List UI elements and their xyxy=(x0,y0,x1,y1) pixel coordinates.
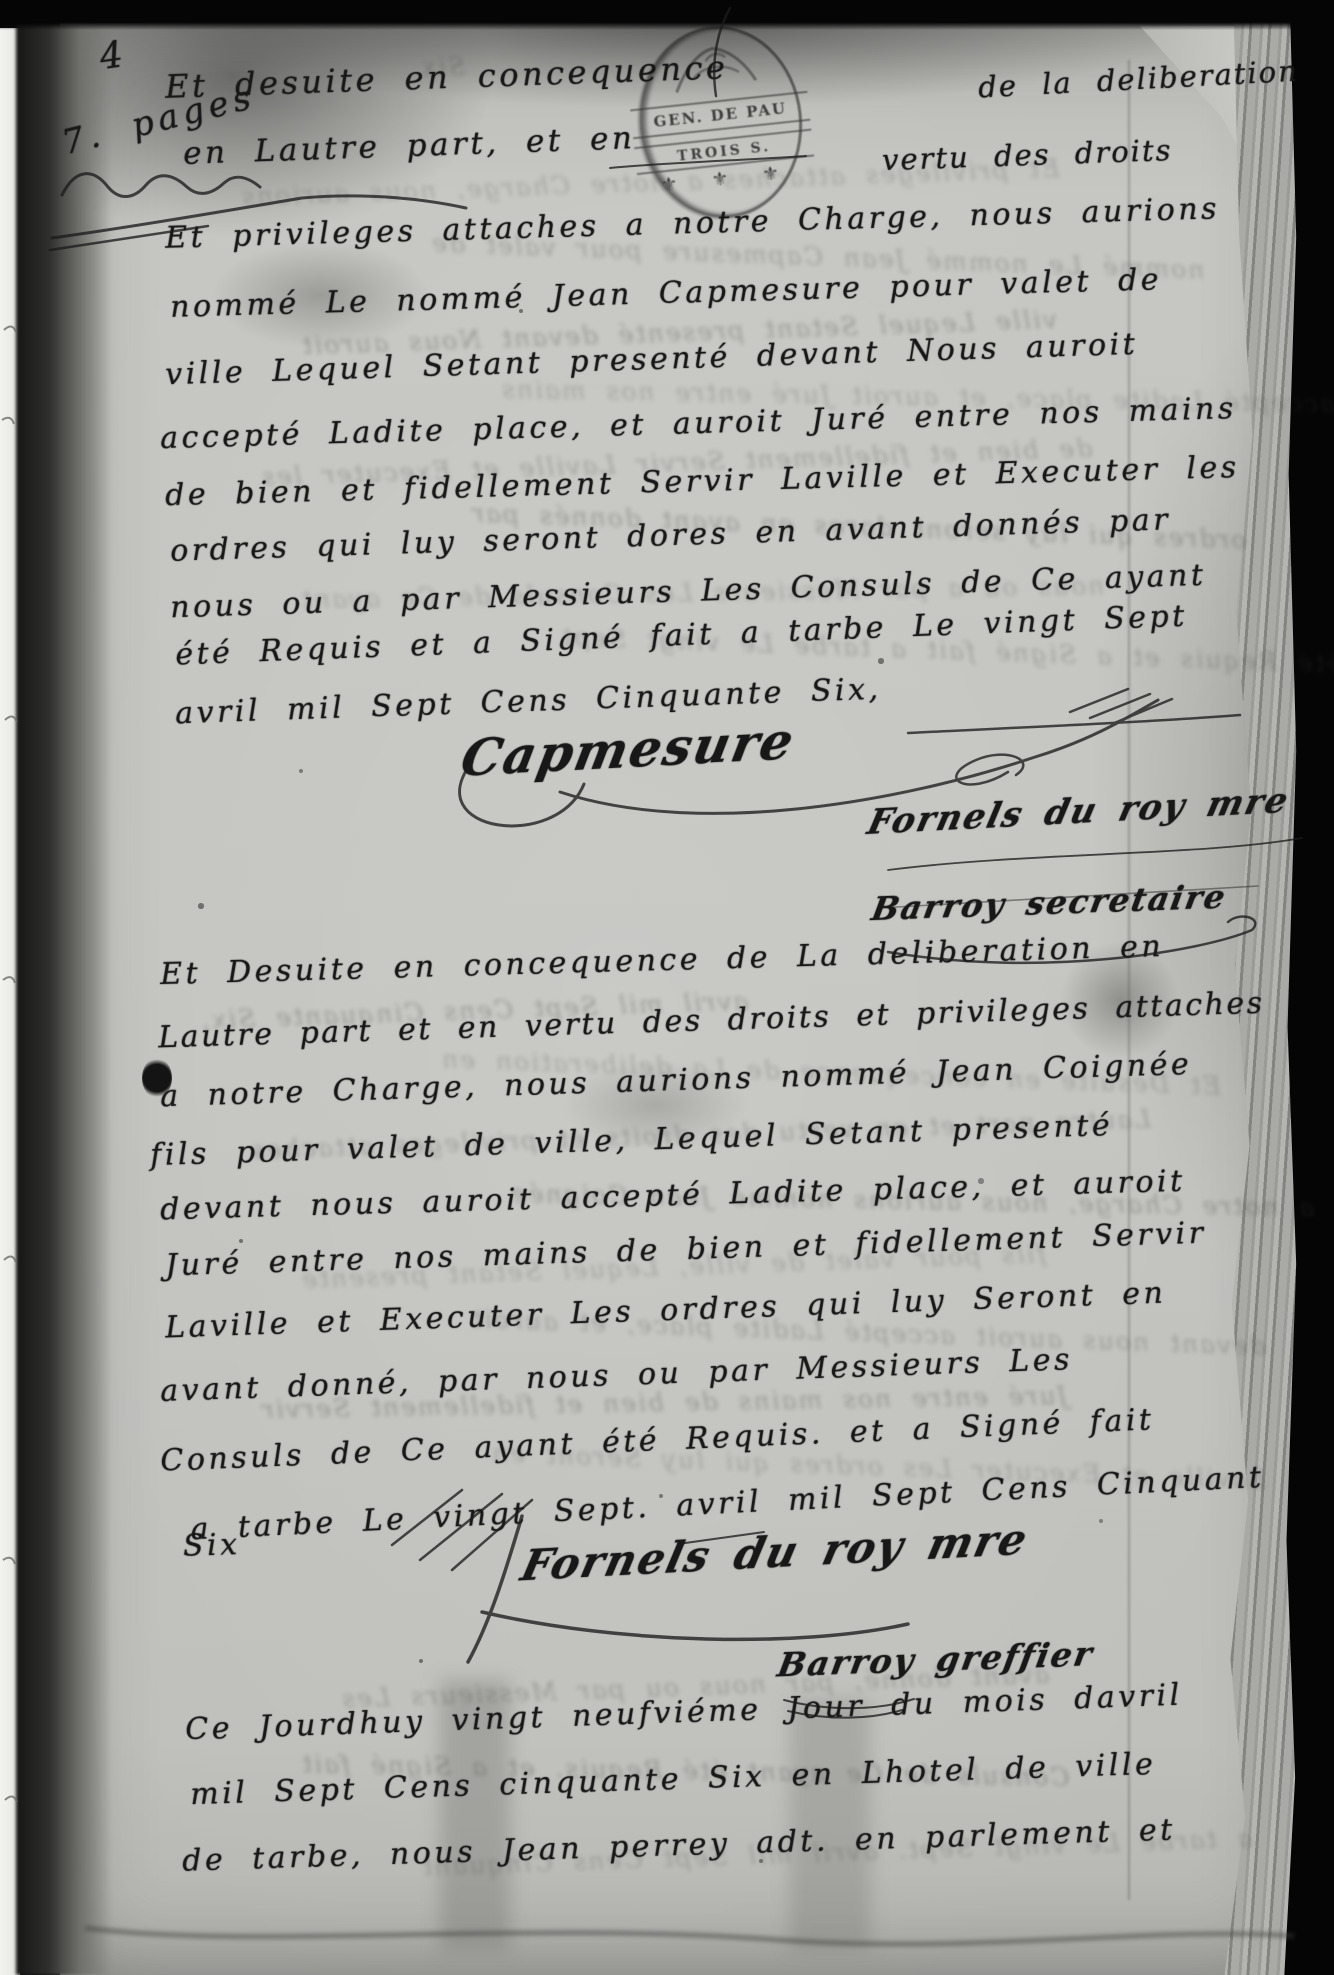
adjacent-page-sliver xyxy=(0,28,20,1975)
generalite-revenue-stamp: GEN. DE PAU TROIS S. ⚜ ⚜ ⚜ xyxy=(630,18,811,226)
manuscript-scan: GEN. DE PAU TROIS S. ⚜ ⚜ ⚜ Et privileges… xyxy=(0,0,1334,1975)
backdrop-top-strip xyxy=(0,0,1334,30)
folio-number: 4 xyxy=(97,34,129,78)
stamp-crown-icon xyxy=(661,33,766,99)
manuscript-line: Six xyxy=(182,1527,241,1564)
